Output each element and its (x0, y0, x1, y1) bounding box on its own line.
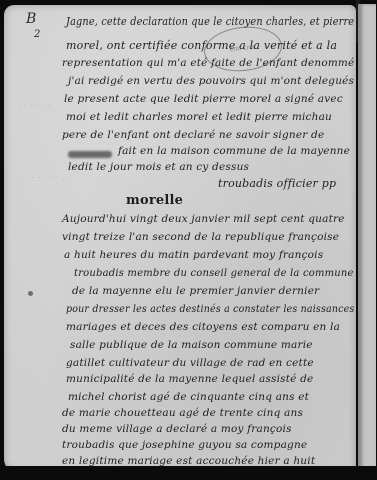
margin-number-mark: 2 (34, 29, 40, 40)
entry-heading-name: morelle (126, 193, 183, 208)
text-line: troubadis que josephine guyou sa compagn… (62, 439, 307, 451)
text-line: pere de l'enfant ont declaré ne savoir s… (62, 129, 324, 141)
ink-smudge (68, 151, 112, 158)
text-line: gatillet cultivateur du village de rad e… (66, 357, 314, 369)
text-line: vingt treize l'an second de la republiqu… (62, 231, 339, 243)
text-line: salle publique de la maison commune mari… (70, 339, 313, 351)
binding-edge (358, 4, 376, 470)
document-page: - - - - - - . . - - - - - . . B 2 ETAT C… (4, 5, 356, 473)
text-line: michel chorist agé de cinquante cinq ans… (68, 391, 309, 403)
text-line: ledit le jour mois et an cy dessus (68, 161, 249, 173)
text-line: troubadis membre du conseil general de l… (74, 267, 354, 279)
text-line: Jagne, cette declaration que le citoyen … (66, 15, 354, 28)
text-line: fait en la maison commune de la mayenne (118, 145, 350, 157)
margin-initial-mark: B (26, 11, 36, 27)
officer-signature: troubadis officier pp (218, 177, 336, 190)
text-line: morel, ont certifiée conforme a la verit… (66, 39, 337, 52)
bleed-through-text: . . - - - - - . . (20, 173, 70, 183)
text-line: representation qui m'a eté faite de l'en… (62, 57, 354, 69)
text-line: pour dresser les actes destinés a consta… (66, 303, 354, 315)
text-line: de la mayenne elu le premier janvier der… (72, 285, 319, 297)
text-line: moi et ledit charles morel et ledit pier… (66, 111, 332, 123)
text-line: a huit heures du matin pardevant moy fra… (64, 249, 323, 261)
scan-background-bottom (0, 466, 377, 480)
text-line: j'ai redigé en vertu des pouvoirs qui m'… (68, 75, 354, 87)
bleed-through-text: - - - - - - (18, 101, 51, 111)
text-line: le present acte que ledit pierre morel a… (64, 93, 343, 105)
text-line: de marie chouetteau agé de trente cinq a… (62, 407, 303, 419)
text-line: Aujourd'hui vingt deux janvier mil sept … (62, 213, 345, 225)
text-line: du meme village a declaré a moy françois (62, 423, 292, 435)
text-line: mariages et deces des citoyens est compa… (66, 321, 340, 333)
paper-spot (28, 291, 33, 296)
text-line: municipalité de la mayenne lequel assist… (66, 373, 313, 385)
